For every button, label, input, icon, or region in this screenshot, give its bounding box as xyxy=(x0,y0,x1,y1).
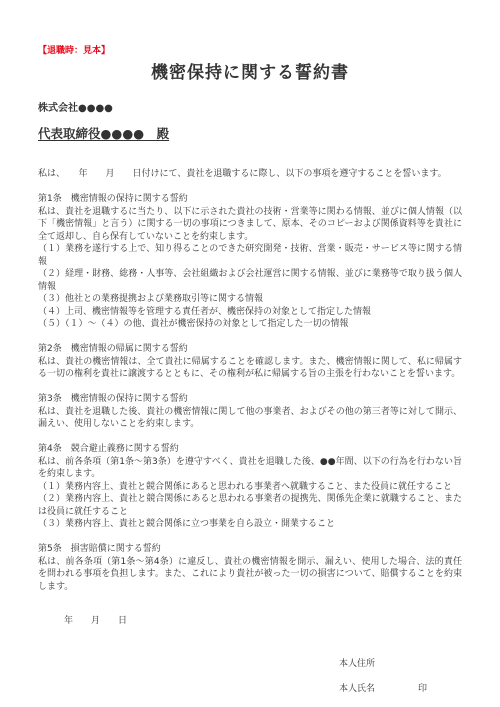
pledge-document-page: 【退職時：見本】 機密保持に関する誓約書 株式会社●●●● 代表取締役●●●● … xyxy=(0,0,500,707)
article-1-item-4: （４）上司、機密情報等を管理する責任者が、機密保持の対象として指定した情報 xyxy=(38,306,462,319)
article-1: 第1条 機密情報の保持に関する誓約 私は、貴社を退職するに当たり、以下に示された… xyxy=(38,193,462,331)
article-5: 第5条 損害賠償に関する誓約 私は、前各条項（第1条～第4条）に違反し、貴社の機… xyxy=(38,543,462,593)
article-2-body: 私は、貴社の機密情報は、全て貴社に帰属することを確認します。また、機密情報に関し… xyxy=(38,356,462,381)
intro-paragraph: 私は、 年 月 日付けにて、貴社を退職するに際し、以下の事項を遵守することを誓い… xyxy=(38,168,462,181)
article-2: 第2条 機密情報の帰属に関する誓約 私は、貴社の機密情報は、全て貴社に帰属するこ… xyxy=(38,343,462,381)
article-4-item-1: （１）業務内容上、貴社と競合関係にあると思われる事業者へ就職すること、また役員に… xyxy=(38,481,462,494)
sample-tag: 【退職時：見本】 xyxy=(38,46,462,57)
article-4-item-3: （３）業務内容上、貴社と競合関係に立つ事業を自ら設立・開業すること xyxy=(38,518,462,531)
address-row: 本人住所 xyxy=(339,658,427,670)
article-2-heading: 第2条 機密情報の帰属に関する誓約 xyxy=(38,343,462,356)
name-label: 本人氏名 xyxy=(339,683,375,695)
article-1-heading: 第1条 機密情報の保持に関する誓約 xyxy=(38,193,462,206)
address-label: 本人住所 xyxy=(339,658,375,670)
article-4: 第4条 競合避止義務に関する誓約 私は、前各条項（第1条～第3条）を遵守すべく、… xyxy=(38,443,462,531)
article-4-item-2: （２）業務内容上、貴社と競合関係にあると思われる事業者の提携先、関係先企業に就職… xyxy=(38,493,462,518)
article-1-body: 私は、貴社を退職するに当たり、以下に示された貴社の技術・営業等に関わる情報、並び… xyxy=(38,206,462,244)
company-name: 株式会社●●●● xyxy=(38,103,462,115)
article-3-heading: 第3条 機密情報の保持に関する誓約 xyxy=(38,393,462,406)
article-4-heading: 第4条 競合避止義務に関する誓約 xyxy=(38,443,462,456)
date-line: 年 月 日 xyxy=(38,615,462,628)
article-1-item-2: （２）経理・財務、総務・人事等、会社組織および会社運営に関する情報、並びに業務等… xyxy=(38,268,462,293)
article-5-body: 私は、前各条項（第1条～第4条）に違反し、貴社の機密情報を開示、漏えい、使用した… xyxy=(38,556,462,594)
name-row: 本人氏名 印 xyxy=(339,683,427,695)
signature-block: 本人住所 本人氏名 印 xyxy=(339,658,427,695)
article-3-body: 私は、貴社を退職した後、貴社の機密情報に関して他の事業者、およびその他の第三者等… xyxy=(38,406,462,431)
article-3: 第3条 機密情報の保持に関する誓約 私は、貴社を退職した後、貴社の機密情報に関し… xyxy=(38,393,462,431)
article-5-heading: 第5条 損害賠償に関する誓約 xyxy=(38,543,462,556)
article-1-item-5: （５）（１）～（４）の他、貴社が機密保持の対象として指定した一切の情報 xyxy=(38,318,462,331)
addressee-line: 代表取締役●●●● 殿 xyxy=(38,125,462,142)
article-1-item-3: （３）他社との業務提携および業務取引等に関する情報 xyxy=(38,293,462,306)
seal-label: 印 xyxy=(418,683,427,695)
article-1-item-1: （１）業務を遂行する上で、知り得ることのできた研究開発・技術、営業・販売・サービ… xyxy=(38,243,462,268)
addressee: 代表取締役●●●● 殿 xyxy=(38,126,169,141)
article-4-body: 私は、前各条項（第1条～第3条）を遵守すべく、貴社を退職した後、●●年間、以下の… xyxy=(38,456,462,481)
document-title: 機密保持に関する誓約書 xyxy=(38,62,462,84)
